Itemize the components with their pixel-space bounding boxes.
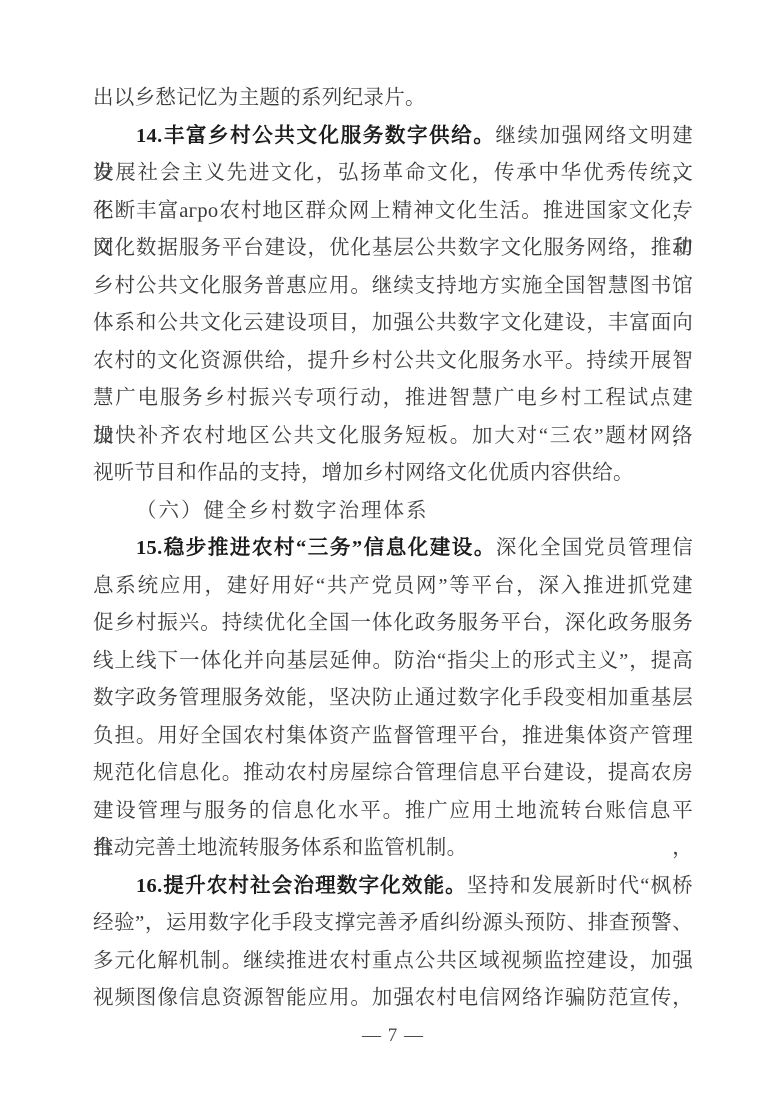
- para-15-line: 息系统应用，建好用好“共产党员网”等平台，深入推进抓党建: [93, 568, 693, 606]
- body-line-text: 视频图像信息资源智能应用。加强农村电信网络诈骗防范宣传，: [93, 987, 693, 1009]
- page-number: — 7 —: [93, 1022, 693, 1050]
- body-line-text: 深化全国党员管理信: [496, 537, 693, 559]
- para-16-line: 视频图像信息资源智能应用。加强农村电信网络诈骗防范宣传，: [93, 980, 693, 1018]
- para-15-heading: 15.稳步推进农村“三务”信息化建设。: [136, 537, 496, 559]
- para-16-line: 经验”，运用数字化手段支撑完善矛盾纠纷源头预防、排查预警、: [93, 905, 693, 943]
- para-13-continuation-line: 出以乡愁记忆为主题的系列纪录片。: [93, 80, 693, 118]
- body-line-text: 负担。用好全国农村集体资产监督管理平台，推进集体资产管理: [93, 725, 693, 747]
- body-line-text: 坚持和发展新时代“枫桥: [467, 875, 693, 897]
- body-line-text: 经验”，运用数字化手段支撑完善矛盾纠纷源头预防、排查预警、: [93, 912, 693, 934]
- para-14-line: 不断丰富агро农村地区群众网上精神文化生活。推进国家文化专网和: [93, 193, 693, 231]
- para-15-line: 负担。用好全国农村集体资产监督管理平台，推进集体资产管理: [93, 718, 693, 756]
- body-line-text: 推动完善土地流转服务体系和监管机制。: [93, 837, 467, 859]
- para-14-line: 文化数据服务平台建设，优化基层公共数字文化服务网络，推动: [93, 230, 693, 268]
- section-6-heading: （六）健全乡村数字治理体系: [93, 493, 693, 531]
- body-line-text: 农村的文化资源供给，提升乡村公共文化服务水平。持续开展智: [93, 350, 693, 372]
- para-16-first-line: 16.提升农村社会治理数字化效能。坚持和发展新时代“枫桥: [93, 868, 693, 906]
- para-16-heading: 16.提升农村社会治理数字化效能。: [136, 875, 467, 897]
- para-14-heading: 14.丰富乡村公共文化服务数字供给。: [136, 125, 495, 147]
- body-line-text: 线上线下一体化并向基层延伸。防治“指尖上的形式主义”，提高: [93, 650, 693, 672]
- para-14-line: 乡村公共文化服务普惠应用。继续支持地方实施全国智慧图书馆: [93, 268, 693, 306]
- para-14-line: 慧广电服务乡村振兴专项行动，推进智慧广电乡村工程试点建设，: [93, 380, 693, 418]
- para-14-line: 体系和公共文化云建设项目，加强公共数字文化建设，丰富面向: [93, 305, 693, 343]
- body-line-text: 出以乡愁记忆为主题的系列纪录片。: [93, 87, 426, 109]
- body-line-text: 视听节目和作品的支持，增加乡村网络文化优质内容供给。: [93, 462, 634, 484]
- body-text-column: 出以乡愁记忆为主题的系列纪录片。 14.丰富乡村公共文化服务数字供给。继续加强网…: [93, 80, 693, 1018]
- para-15-line: 促乡村振兴。持续优化全国一体化政务服务平台，深化政务服务: [93, 605, 693, 643]
- para-15-line: 数字政务管理服务效能，坚决防止通过数字化手段变相加重基层: [93, 680, 693, 718]
- body-line-text: 数字政务管理服务效能，坚决防止通过数字化手段变相加重基层: [93, 687, 693, 709]
- para-14-line: 加快补齐农村地区公共文化服务短板。加大对“三农”题材网络: [93, 418, 693, 456]
- para-14-line: 农村的文化资源供给，提升乡村公共文化服务水平。持续开展智: [93, 343, 693, 381]
- para-15-first-line: 15.稳步推进农村“三务”信息化建设。深化全国党员管理信: [93, 530, 693, 568]
- body-line-text: 体系和公共文化云建设项目，加强公共数字文化建设，丰富面向: [93, 312, 693, 334]
- body-line-text: 规范化信息化。推动农村房屋综合管理信息平台建设，提高农房: [93, 762, 693, 784]
- para-14-line: 发展社会主义先进文化，弘扬革命文化，传承中华优秀传统文化，: [93, 155, 693, 193]
- body-line-text: 加快补齐农村地区公共文化服务短板。加大对“三农”题材网络: [93, 425, 693, 447]
- section-heading-text: （六）健全乡村数字治理体系: [136, 500, 429, 522]
- document-page: 出以乡愁记忆为主题的系列纪录片。 14.丰富乡村公共文化服务数字供给。继续加强网…: [0, 0, 775, 1102]
- body-line-text: 促乡村振兴。持续优化全国一体化政务服务平台，深化政务服务: [93, 612, 693, 634]
- body-line-text: 多元化解机制。继续推进农村重点公共区域视频监控建设，加强: [93, 950, 693, 972]
- para-16-line: 多元化解机制。继续推进农村重点公共区域视频监控建设，加强: [93, 943, 693, 981]
- body-line-text: 文化数据服务平台建设，优化基层公共数字文化服务网络，推动: [93, 237, 693, 259]
- para-15-line: 规范化信息化。推动农村房屋综合管理信息平台建设，提高农房: [93, 755, 693, 793]
- para-15-line: 建设管理与服务的信息化水平。推广应用土地流转台账信息平台，: [93, 793, 693, 831]
- body-line-text: 息系统应用，建好用好“共产党员网”等平台，深入推进抓党建: [93, 575, 693, 597]
- para-15-line: 线上线下一体化并向基层延伸。防治“指尖上的形式主义”，提高: [93, 643, 693, 681]
- para-14-last-line: 视听节目和作品的支持，增加乡村网络文化优质内容供给。: [93, 455, 693, 493]
- body-line-text: 乡村公共文化服务普惠应用。继续支持地方实施全国智慧图书馆: [93, 275, 693, 297]
- para-14-first-line: 14.丰富乡村公共文化服务数字供给。继续加强网络文明建设，: [93, 118, 693, 156]
